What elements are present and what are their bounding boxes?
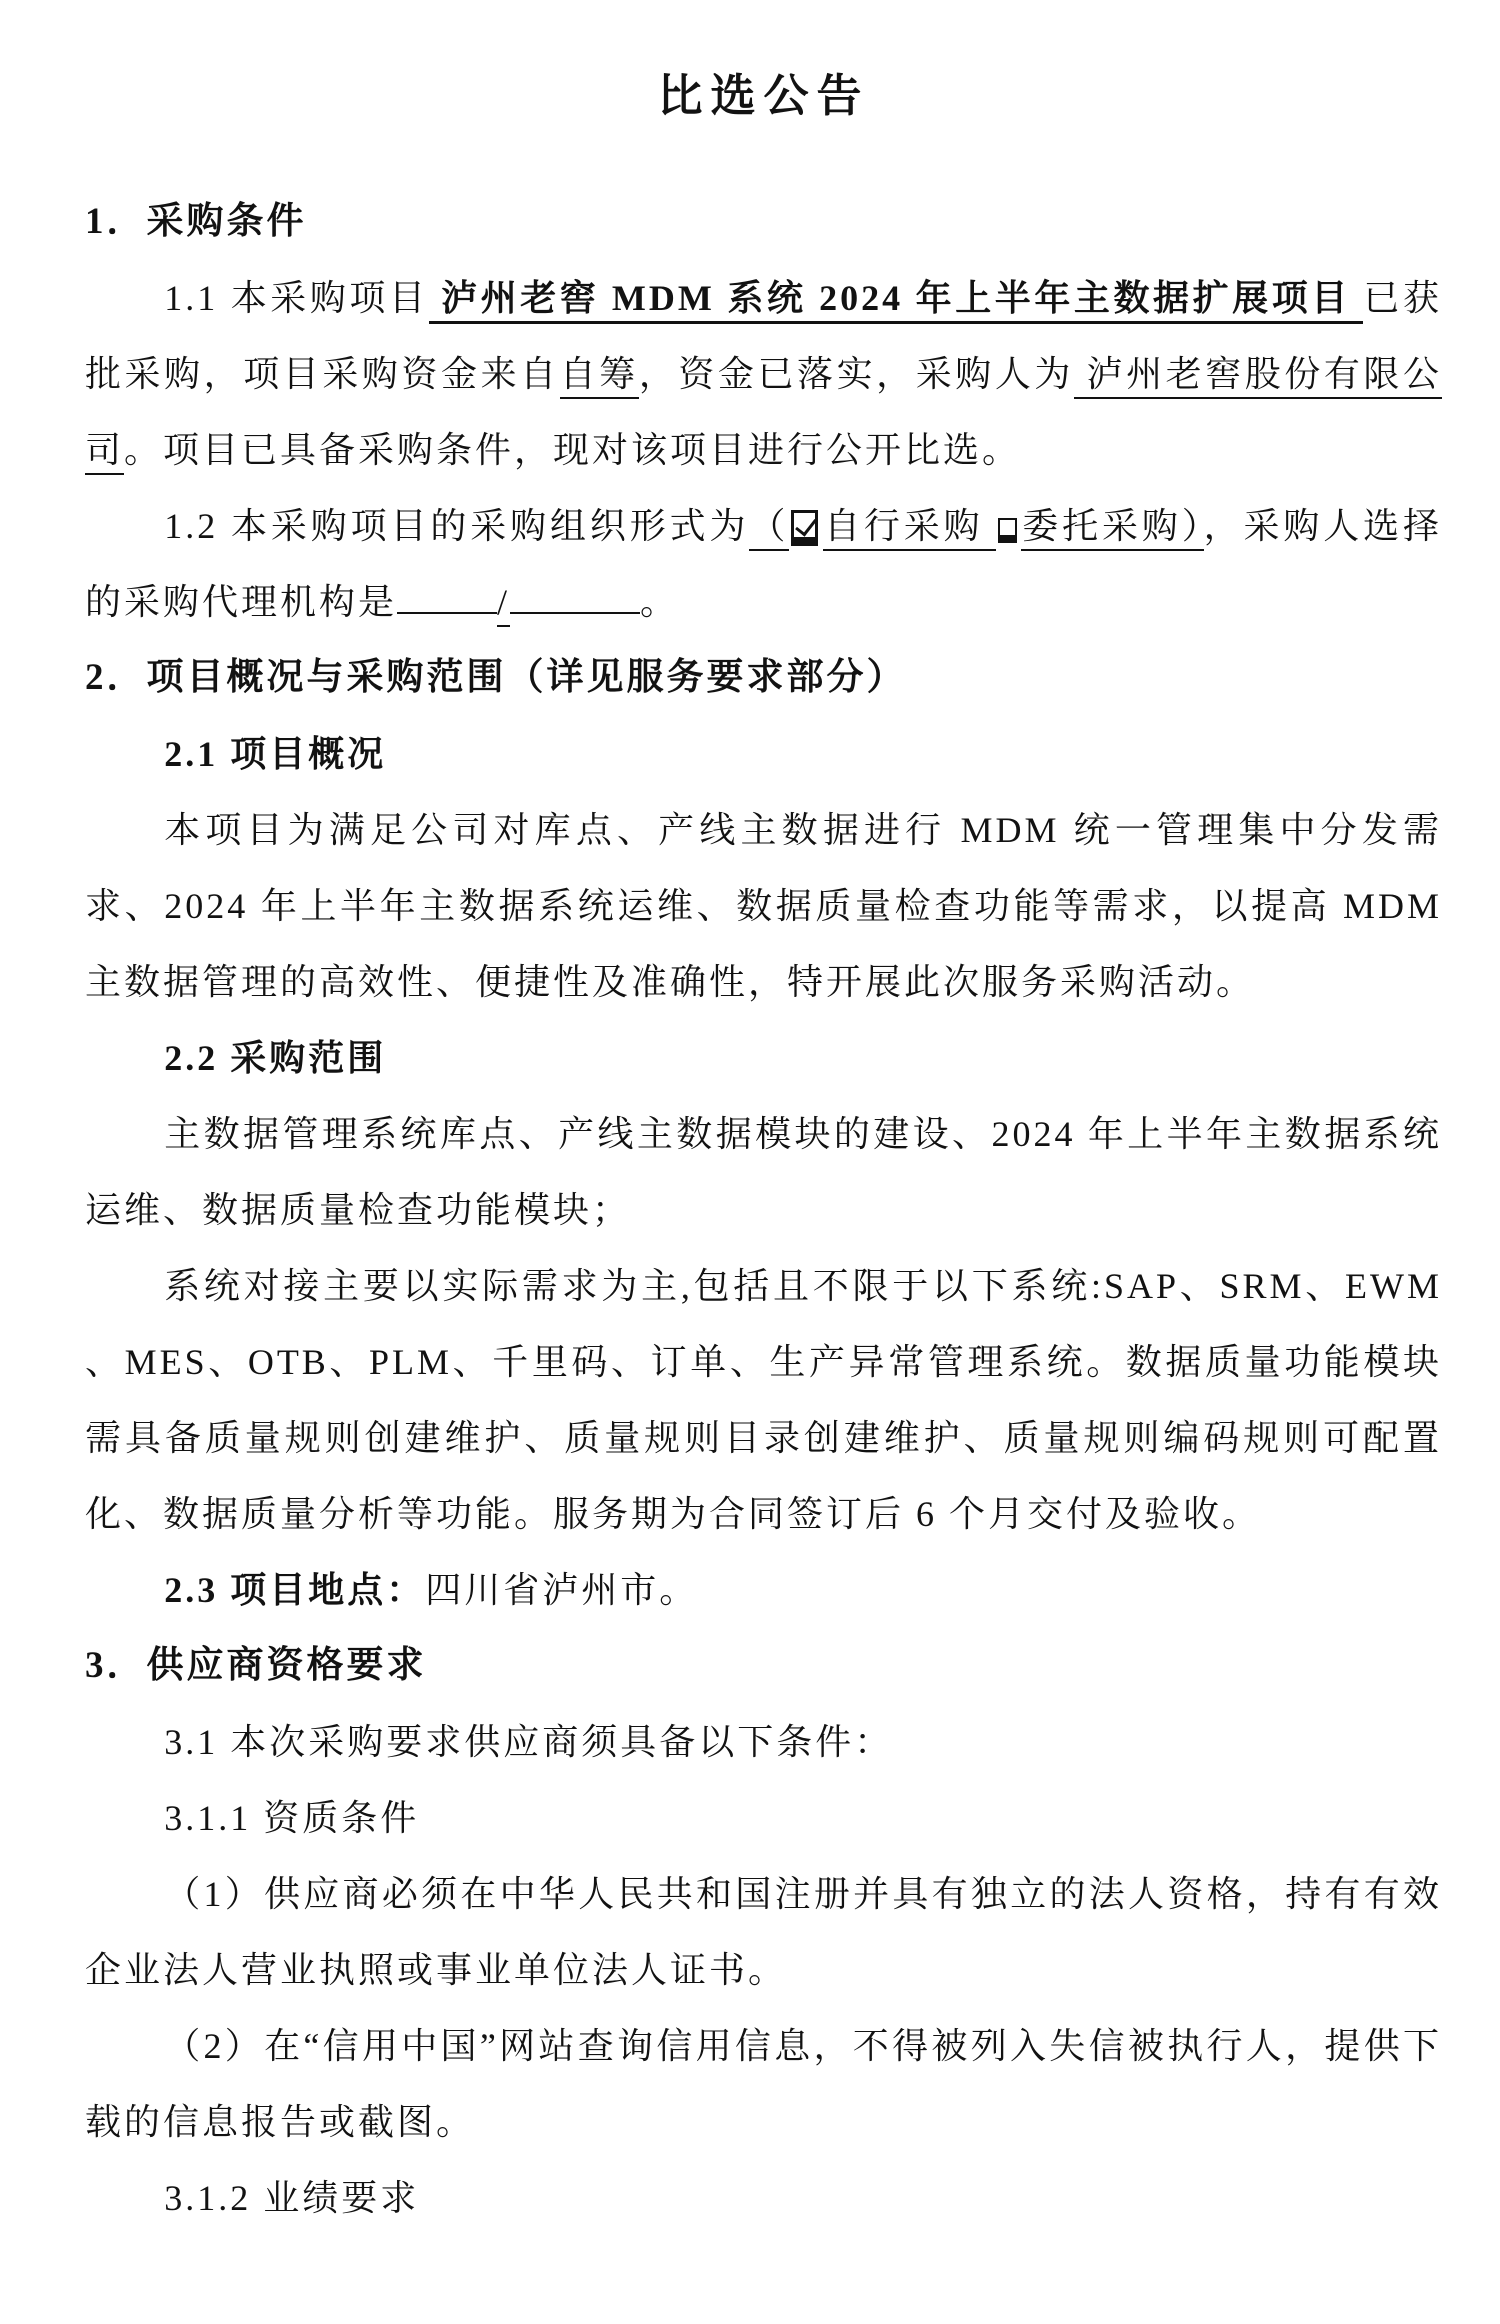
text-run: 3.1.2 业绩要求 — [164, 2178, 419, 2218]
clause-2-2-systems: 系统对接主要以实际需求为主,包括且不限于以下系统:SAP、SRM、EWM 、ME… — [85, 1248, 1442, 1552]
text-run: 2.1 项目概况 — [164, 734, 386, 774]
document-title: 比选公告 — [85, 54, 1442, 138]
section-1-heading: 1．采购条件 — [85, 184, 1442, 260]
clause-3-1-1: 3.1.1 资质条件 — [85, 1780, 1442, 1856]
clause-3-1: 3.1 本次采购要求供应商须具备以下条件： — [85, 1704, 1442, 1780]
text-run: 1.2 本采购项目的采购组织形式为 — [164, 506, 749, 546]
text-run: （1）供应商必须在中华人民共和国注册并具有独立的法人资格，持有有效企业法人营业执… — [85, 1874, 1442, 1990]
clause-3-1-1-item-2: （2）在“信用中国”网站查询信用信息，不得被列入失信被执行人，提供下载的信息报告… — [85, 2008, 1442, 2160]
document-page: 比选公告 1．采购条件1.1 本采购项目 泸州老窖 MDM 系统 2024 年上… — [0, 0, 1500, 2324]
self-procurement-option: 自行采购 — [823, 506, 996, 551]
section-2-heading: 2．项目概况与采购范围（详见服务要求部分） — [85, 640, 1442, 716]
project-name: 泸州老窖 MDM 系统 2024 年上半年主数据扩展项目 — [429, 278, 1364, 324]
document-body: 1．采购条件1.1 本采购项目 泸州老窖 MDM 系统 2024 年上半年主数据… — [85, 184, 1442, 2236]
text-run: 本项目为满足公司对库点、产线主数据进行 MDM 统一管理集中分发需求、2024 … — [85, 810, 1442, 1002]
clause-2-3: 2.3 项目地点：四川省泸州市。 — [85, 1552, 1442, 1628]
project-location-value: 四川省泸州市。 — [425, 1570, 698, 1610]
entrusted-procurement-option: 委托采购） — [1021, 506, 1203, 551]
clause-3-1-2: 3.1.2 业绩要求 — [85, 2160, 1442, 2236]
text-run: 3．供应商资格要求 — [85, 1645, 427, 1686]
checkbox-unchecked-icon — [998, 518, 1017, 537]
clause-3-1-1-item-1: （1）供应商必须在中华人民共和国注册并具有独立的法人资格，持有有效企业法人营业执… — [85, 1856, 1442, 2008]
clause-1-2: 1.2 本采购项目的采购组织形式为（自行采购 委托采购），采购人选择的采购代理机… — [85, 488, 1442, 640]
clause-2-1-body: 本项目为满足公司对库点、产线主数据进行 MDM 统一管理集中分发需求、2024 … — [85, 792, 1442, 1020]
text-run: 1．采购条件 — [85, 201, 307, 242]
text-run: 。项目已具备采购条件，现对该项目进行公开比选。 — [124, 430, 1021, 470]
clause-2-2-scope: 主数据管理系统库点、产线主数据模块的建设、2024 年上半年主数据系统运维、数据… — [85, 1096, 1442, 1248]
checkbox-checked-icon — [791, 510, 818, 540]
text-run: （2）在“信用中国”网站查询信用信息，不得被列入失信被执行人，提供下载的信息报告… — [85, 2026, 1442, 2142]
text-run: 2．项目概况与采购范围（详见服务要求部分） — [85, 657, 907, 698]
text-run: 3.1 本次采购要求供应商须具备以下条件： — [164, 1722, 893, 1762]
text-run: 2.2 采购范围 — [164, 1038, 386, 1078]
heading-2-2: 2.2 采购范围 — [85, 1020, 1442, 1096]
heading-2-1: 2.1 项目概况 — [85, 716, 1442, 792]
agency-blank-slash: / — [497, 582, 510, 627]
text-run: 1.1 本采购项目 — [164, 278, 428, 318]
text-run: 3.1.1 资质条件 — [164, 1798, 419, 1838]
clause-1-1: 1.1 本采购项目 泸州老窖 MDM 系统 2024 年上半年主数据扩展项目 已… — [85, 260, 1442, 488]
text-run: ，资金已落实，采购人为 — [639, 354, 1074, 394]
agency-blank-right — [510, 572, 640, 614]
section-3-heading: 3．供应商资格要求 — [85, 1628, 1442, 1704]
text-run: （ — [749, 506, 789, 551]
text-run: 系统对接主要以实际需求为主,包括且不限于以下系统:SAP、SRM、EWM 、ME… — [85, 1266, 1442, 1534]
agency-blank-left — [397, 572, 497, 614]
text-run: 。 — [640, 582, 679, 622]
text-run: 主数据管理系统库点、产线主数据模块的建设、2024 年上半年主数据系统运维、数据… — [85, 1114, 1442, 1230]
funding-source: 自筹 — [560, 354, 639, 399]
project-location-label: 2.3 项目地点： — [164, 1570, 425, 1610]
